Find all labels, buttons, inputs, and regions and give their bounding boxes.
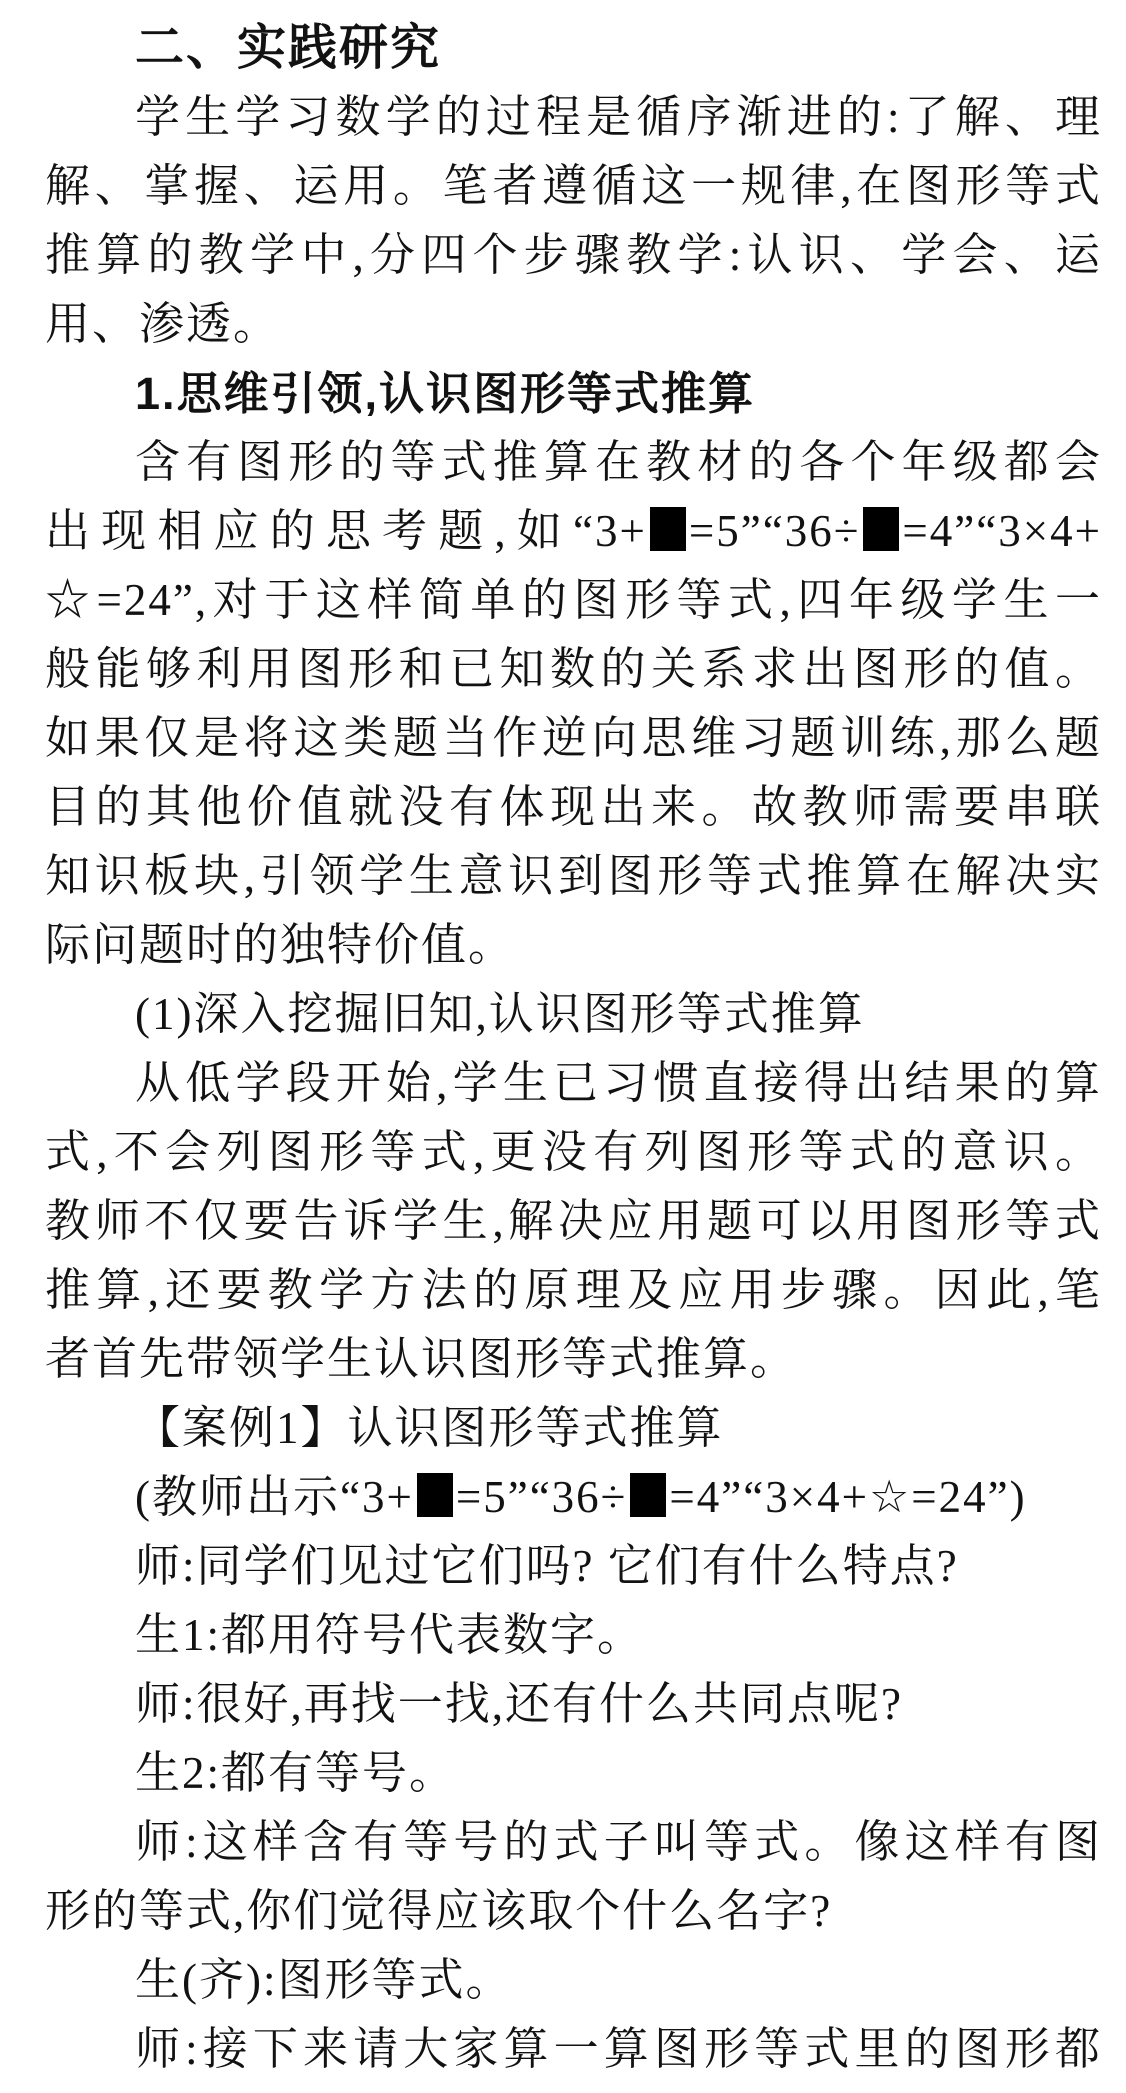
text-line: (教师出示“3+=5”“36÷=4”“3×4+☆=24”): [45, 1463, 1102, 1532]
dialogue-student-2: 生2:都有等号。: [45, 1739, 1102, 1808]
text-line: 者首先带领学生认识图形等式推算。: [45, 1325, 1102, 1394]
text-line: 生2:都有等号。: [45, 1739, 1102, 1808]
text-line: 知识板块,引领学生意识到图形等式推算在解决实: [45, 842, 1102, 911]
section-heading: 二、实践研究: [45, 14, 1102, 83]
text-line: 形的等式,你们觉得应该取个什么名字?: [45, 1877, 1102, 1946]
paragraph-body: 含有图形的等式推算在教材的各个年级都会出现相应的思考题,如“3+=5”“36÷=…: [45, 428, 1102, 980]
text-line: 如果仅是将这类题当作逆向思维习题训练,那么题: [45, 704, 1102, 773]
document-page: 二、实践研究学生学习数学的过程是循序渐进的:了解、理解、掌握、运用。笔者遵循这一…: [0, 0, 1126, 2093]
text-line: 解、掌握、运用。笔者遵循这一规律,在图形等式: [45, 152, 1102, 221]
text-line: (1)深入挖掘旧知,认识图形等式推算: [45, 980, 1102, 1049]
text-line: 际问题时的独特价值。: [45, 911, 1102, 980]
text-line: 学生学习数学的过程是循序渐进的:了解、理: [45, 83, 1102, 152]
dialogue-student-1: 生1:都用符号代表数字。: [45, 1601, 1102, 1670]
text-line: 推算,还要教学方法的原理及应用步骤。因此,笔: [45, 1256, 1102, 1325]
numbered-point-heading: (1)深入挖掘旧知,认识图形等式推算: [45, 980, 1102, 1049]
text-line: 1.思维引领,认识图形等式推算: [45, 359, 1102, 428]
text-line: 般能够利用图形和已知数的关系求出图形的值。: [45, 635, 1102, 704]
text-line: 出现相应的思考题,如“3+=5”“36÷=4”“3×4+: [45, 497, 1102, 566]
text-line: 【案例1】认识图形等式推算: [45, 1394, 1102, 1463]
paragraph-body: 从低学段开始,学生已习惯直接得出结果的算式,不会列图形等式,更没有列图形等式的意…: [45, 1049, 1102, 1394]
dialogue-students-chorus: 生(齐):图形等式。: [45, 1946, 1102, 2015]
text-line: 生1:都用符号代表数字。: [45, 1601, 1102, 1670]
text-line: 用、渗透。: [45, 290, 1102, 359]
text-line: 二、实践研究: [45, 14, 1102, 83]
subsection-heading: 1.思维引领,认识图形等式推算: [45, 359, 1102, 428]
text-line: 推算的教学中,分四个步骤教学:认识、学会、运: [45, 221, 1102, 290]
black-square-symbol: [630, 1473, 666, 1517]
dialogue-teacher: 师:接下来请大家算一算图形等式里的图形都: [45, 2015, 1102, 2084]
text-line: 生(齐):图形等式。: [45, 1946, 1102, 2015]
dialogue-teacher: 师:这样含有等号的式子叫等式。像这样有图形的等式,你们觉得应该取个什么名字?: [45, 1808, 1102, 1946]
text-line: 含有图形的等式推算在教材的各个年级都会: [45, 428, 1102, 497]
black-square-symbol: [650, 507, 686, 551]
paragraph-intro: 学生学习数学的过程是循序渐进的:了解、理解、掌握、运用。笔者遵循这一规律,在图形…: [45, 83, 1102, 359]
text-line: 师:很好,再找一找,还有什么共同点呢?: [45, 1670, 1102, 1739]
text-line: 式,不会列图形等式,更没有列图形等式的意识。: [45, 1118, 1102, 1187]
document-content: 二、实践研究学生学习数学的过程是循序渐进的:了解、理解、掌握、运用。笔者遵循这一…: [45, 14, 1102, 2084]
dialogue-teacher: 师:很好,再找一找,还有什么共同点呢?: [45, 1670, 1102, 1739]
text-line: 目的其他价值就没有体现出来。故教师需要串联: [45, 773, 1102, 842]
text-line: 师:同学们见过它们吗? 它们有什么特点?: [45, 1532, 1102, 1601]
stage-direction: (教师出示“3+=5”“36÷=4”“3×4+☆=24”): [45, 1463, 1102, 1532]
text-line: 教师不仅要告诉学生,解决应用题可以用图形等式: [45, 1187, 1102, 1256]
text-line: 师:这样含有等号的式子叫等式。像这样有图: [45, 1808, 1102, 1877]
text-line: 从低学段开始,学生已习惯直接得出结果的算: [45, 1049, 1102, 1118]
black-square-symbol: [863, 507, 899, 551]
text-line: ☆=24”,对于这样简单的图形等式,四年级学生一: [45, 566, 1102, 635]
text-line: 师:接下来请大家算一算图形等式里的图形都: [45, 2015, 1102, 2084]
dialogue-teacher: 师:同学们见过它们吗? 它们有什么特点?: [45, 1532, 1102, 1601]
case-heading: 【案例1】认识图形等式推算: [45, 1394, 1102, 1463]
black-square-symbol: [417, 1473, 453, 1517]
